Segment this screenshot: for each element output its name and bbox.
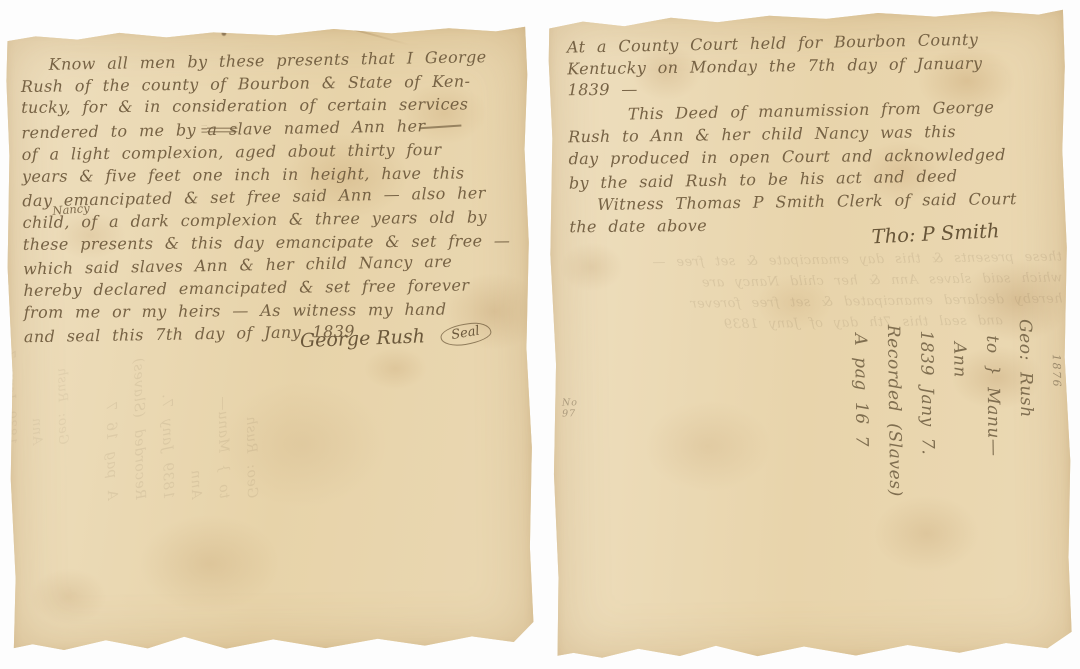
docket-line: Ann [942,320,978,522]
seal-flourish: Seal [439,320,492,349]
ink-strikethrough [201,125,237,132]
document-scan: Know all men by these presents that I Ge… [0,0,1080,669]
docket-line: Geo: Rush [1008,319,1044,521]
signature-tho-p-smith: Tho: P Smith [871,219,1000,248]
filing-docket: Geo: Rush to } Manu— Ann 1839 Jany 7. Re… [843,319,1044,524]
manuscript-page-right: At a County Court held for Bourbon Count… [547,8,1074,661]
paper-crease [301,14,410,45]
docket-line: A pag 16 7 [843,321,879,523]
manuscript-page-left: Know all men by these presents that I Ge… [4,25,535,653]
catalog-number-pencil: 1876 [1050,354,1064,416]
signature-text: George Rush [300,325,426,352]
docket-line: Recorded (Slaves) [876,321,912,523]
page-number-pencil: No 97 [562,397,578,419]
left-page-body-text: Know all men by these presents that I Ge… [20,47,524,348]
docket-line: 1839 Jany 7. [909,320,945,522]
ghost-bleed-through-text: Geo: Rush to } Manu— Ann 1839 Jany 7. Re… [92,322,266,500]
right-page-body-text: At a County Court held for Bourbon Count… [567,28,1062,239]
docket-line: to } Manu— [975,319,1011,521]
